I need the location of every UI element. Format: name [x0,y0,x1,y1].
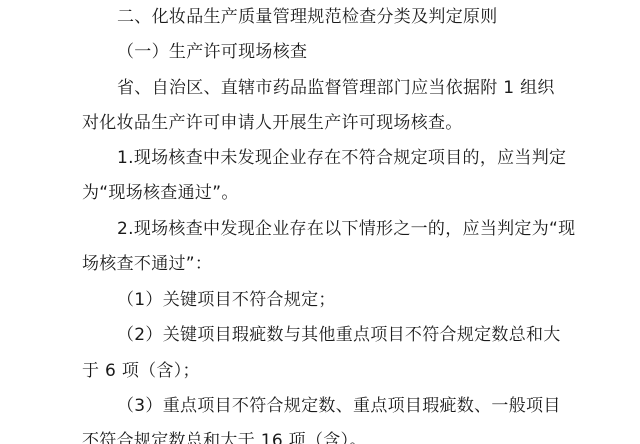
subsection-heading: （一）生产许可现场核查 [117,41,307,63]
paragraph-line: 不符合规定数总和大于 16 项（含）。 [82,430,367,444]
paragraph-line: 省、自治区、直辖市药品监督管理部门应当依据附 1 组织 [117,77,555,99]
paragraph-line: 为“现场核查通过”。 [82,182,239,204]
paragraph-line: 于 6 项（含）； [82,360,200,382]
list-item: （1）关键项目不符合规定； [117,289,336,311]
section-heading: 二、化妆品生产质量管理规范检查分类及判定原则 [117,6,498,28]
paragraph-line: 场核查不通过”： [82,253,212,275]
paragraph-line: 1.现场核查中未发现企业存在不符合规定项目的，应当判定 [117,147,566,169]
paragraph-line: 对化妆品生产许可申请人开展生产许可现场核查。 [82,112,463,134]
list-item: （2）关键项目瑕疵数与其他重点项目不符合规定数总和大 [117,324,561,346]
paragraph-line: 2.现场核查中发现企业存在以下情形之一的，应当判定为“现 [117,218,575,240]
list-item: （3）重点项目不符合规定数、重点项目瑕疵数、一般项目 [117,395,561,417]
